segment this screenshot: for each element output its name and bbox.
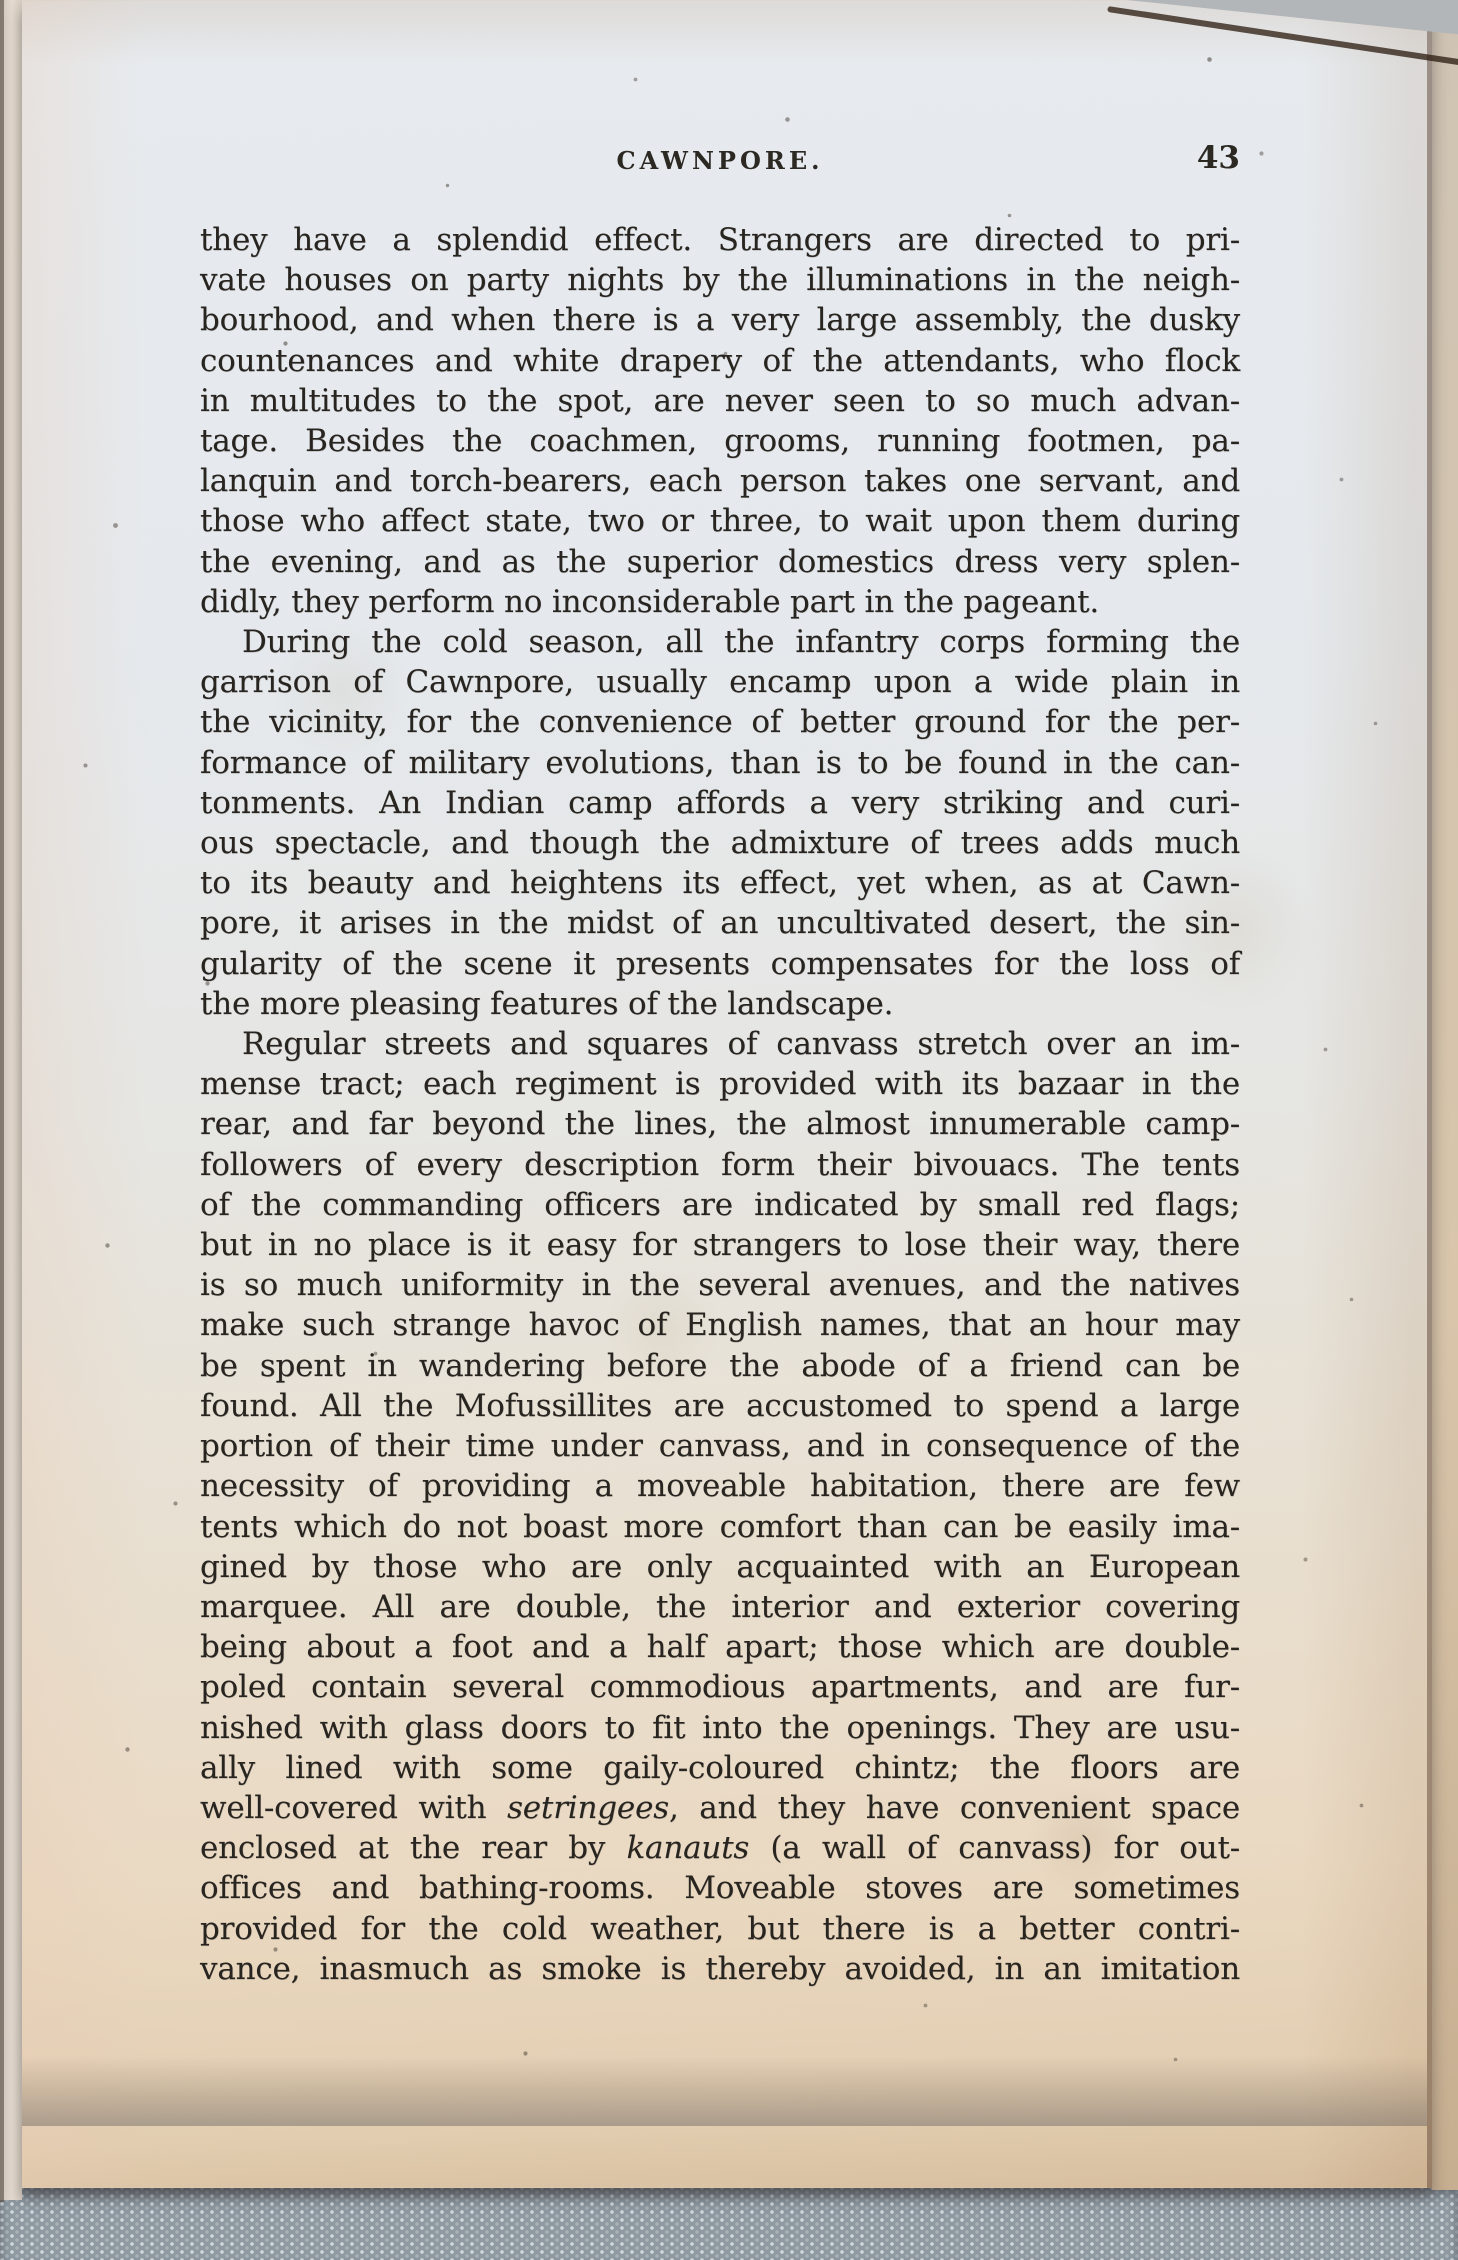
text-line: in multitudes to the spot, are never see… xyxy=(200,381,1240,421)
text-line: pore, it arises in the midst of an uncul… xyxy=(200,903,1240,943)
text-line: countenances and white drapery of the at… xyxy=(200,341,1240,381)
paragraph: Regular streets and squares of canvass s… xyxy=(200,1024,1240,1989)
text-line: mense tract; each regiment is provided w… xyxy=(200,1064,1240,1104)
text-line: tonments. An Indian camp affords a very … xyxy=(200,783,1240,823)
text-line: tents which do not boast more comfort th… xyxy=(200,1507,1240,1547)
paragraph: During the cold season, all the infantry… xyxy=(200,622,1240,1024)
text-line: being about a foot and a half apart; tho… xyxy=(200,1627,1240,1667)
text-line: marquee. All are double, the interior an… xyxy=(200,1587,1240,1627)
text-line: ous spectacle, and though the admixture … xyxy=(200,823,1240,863)
text-line: found. All the Mofussillites are accusto… xyxy=(200,1386,1240,1426)
text-line: well-covered with setringees, and they h… xyxy=(200,1788,1240,1828)
book-scan: CAWNPORE. 43 they have a splendid effect… xyxy=(0,0,1458,2260)
left-edge-shadow xyxy=(0,0,4,2202)
text-line: vate houses on party nights by the illum… xyxy=(200,260,1240,300)
paper-specks xyxy=(22,0,25,3)
text-line: necessity of providing a moveable habita… xyxy=(200,1466,1240,1506)
text-line: those who affect state, two or three, to… xyxy=(200,501,1240,541)
text-line: poled contain several commodious apartme… xyxy=(200,1667,1240,1707)
text-line: offices and bathing-rooms. Moveable stov… xyxy=(200,1868,1240,1908)
text-line: nished with glass doors to fit into the … xyxy=(200,1708,1240,1748)
text-line: but in no place is it easy for strangers… xyxy=(200,1225,1240,1265)
text-line: bourhood, and when there is a very large… xyxy=(200,300,1240,340)
text-line: garrison of Cawnpore, usually encamp upo… xyxy=(200,662,1240,702)
text-line: rear, and far beyond the lines, the almo… xyxy=(200,1104,1240,1144)
text-line: the more pleasing features of the landsc… xyxy=(200,984,1240,1024)
book-page: CAWNPORE. 43 they have a splendid effect… xyxy=(22,0,1432,2188)
text-line: Regular streets and squares of canvass s… xyxy=(200,1024,1240,1064)
paragraph: they have a splendid effect. Strangers a… xyxy=(200,220,1240,622)
text-line: didly, they perform no inconsiderable pa… xyxy=(200,582,1240,622)
text-line: make such strange havoc of English names… xyxy=(200,1305,1240,1345)
text-line: is so much uniformity in the several ave… xyxy=(200,1265,1240,1305)
page-number: 43 xyxy=(200,140,1240,176)
text-line: tage. Besides the coachmen, grooms, runn… xyxy=(200,421,1240,461)
text-line: to its beauty and heightens its effect, … xyxy=(200,863,1240,903)
text-line: followers of every description form thei… xyxy=(200,1145,1240,1185)
adjacent-page-edge-right xyxy=(1432,0,1458,2190)
text-line: be spent in wandering before the abode o… xyxy=(200,1346,1240,1386)
text-line: of the commanding officers are indicated… xyxy=(200,1185,1240,1225)
page-bottom-shadow xyxy=(22,2056,1427,2126)
text-line: formance of military evolutions, than is… xyxy=(200,743,1240,783)
text-line: During the cold season, all the infantry… xyxy=(200,622,1240,662)
text-line: the evening, and as the superior domesti… xyxy=(200,542,1240,582)
text-line: they have a splendid effect. Strangers a… xyxy=(200,220,1240,260)
text-line: vance, inasmuch as smoke is thereby avoi… xyxy=(200,1949,1240,1989)
text-line: gined by those who are only acquainted w… xyxy=(200,1547,1240,1587)
text-line: the vicinity, for the convenience of bet… xyxy=(200,702,1240,742)
book-cloth-texture xyxy=(0,2186,1458,2260)
text-line: lanquin and torch-bearers, each person t… xyxy=(200,461,1240,501)
text-line: portion of their time under canvass, and… xyxy=(200,1426,1240,1466)
text-line: enclosed at the rear by kanauts (a wall … xyxy=(200,1828,1240,1868)
text-line: provided for the cold weather, but there… xyxy=(200,1909,1240,1949)
text-line: ally lined with some gaily-coloured chin… xyxy=(200,1748,1240,1788)
text-line: gularity of the scene it presents compen… xyxy=(200,944,1240,984)
page-text: they have a splendid effect. Strangers a… xyxy=(200,220,1240,1989)
